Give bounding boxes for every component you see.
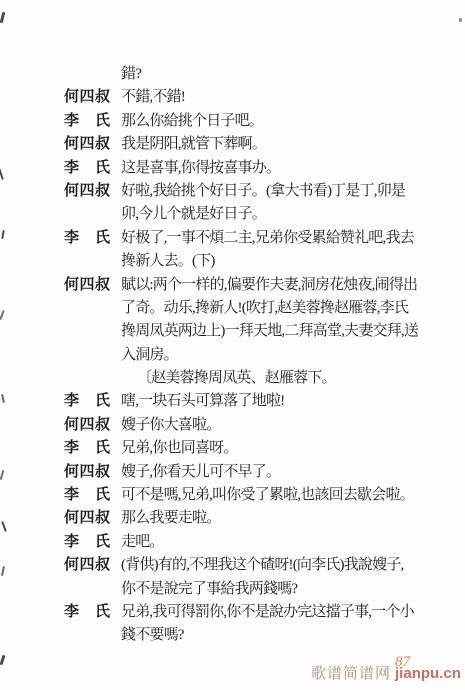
dialogue-text: 这是喜事,你得按喜事办。 [121,156,280,177]
stage-direction-line: 〔赵美蓉搀周凤英、赵雁蓉下。 [0,366,465,389]
speaker-name: 何四叔 [64,273,111,294]
speaker-name: 何四叔 [64,132,111,153]
dialogue-text: 不錯,不錯! [121,85,185,106]
scan-artifact-mark [0,655,5,665]
dialogue-line: 何四叔不錯,不錯! [0,85,465,108]
dialogue-text: 了奇。动乐,搀新人!(吹打,赵美蓉搀赵雁蓉,李氏 [121,296,408,317]
dialogue-line: 李 氏可不是嗎,兄弟,叫你受了累啦,也該回去歇会啦。 [0,483,465,506]
dialogue-line: 李 氏走吧。 [0,530,465,553]
speaker-name: 李 氏 [64,389,111,410]
dialogue-line: 李 氏这是喜事,你得按喜事办。 [0,156,465,179]
speaker-name: 何四叔 [64,506,111,527]
speaker-name: 李 氏 [64,226,111,247]
dialogue-line: 搀新人去。(下) [0,249,465,272]
dialogue-line: 了奇。动乐,搀新人!(吹打,赵美蓉搀赵雁蓉,李氏 [0,296,465,319]
stage-direction-text: 〔赵美蓉搀周凤英、赵雁蓉下。 [137,366,336,387]
dialogue-text: 入洞房。 [121,343,178,364]
script-lines: 錯?何四叔不錯,不錯!李 氏那么你給挑个日子吧。何四叔我是阴阳,就管下葬啊。李 … [0,62,465,647]
speaker-name: 何四叔 [64,413,111,434]
dialogue-line: 錢不要嗎? [0,623,465,646]
dialogue-line: 何四叔嫂子你大喜啦。 [0,413,465,436]
scan-artifact-mark [0,12,5,23]
dialogue-line: 何四叔賦以:两个一样的,偏要作夫妻,洞房花烛夜,闹得出 [0,273,465,296]
dialogue-text: 那么我要走啦。 [121,506,220,527]
dialogue-text: 卯,今儿个就是好日子。 [121,202,266,223]
speaker-name: 李 氏 [64,530,111,551]
speaker-name: 何四叔 [64,85,111,106]
dialogue-line: 何四叔嫂子,你看天儿可不早了。 [0,460,465,483]
dialogue-line: 李 氏兄弟,我可得罰你,你不是說办完这擋子事,一个小 [0,600,465,623]
dialogue-text: 錢不要嗎? [121,623,184,644]
dialogue-text: 兄弟,我可得罰你,你不是說办完这擋子事,一个小 [121,600,414,621]
dialogue-text: 錯? [121,62,141,83]
speaker-name: 李 氏 [64,436,111,457]
dialogue-text: 走吧。 [121,530,164,551]
scan-artifact-mark [459,18,462,22]
dialogue-text: 嗐,一块石头可算落了地啦! [121,389,284,410]
dialogue-line: 李 氏好极了,一事不煩二主,兄弟你受累給赞礼吧,我去 [0,226,465,249]
dialogue-text: 兄弟,你也同喜呀。 [121,436,238,457]
watermark: 歌谱简谱网jianpu.cn 87 [311,662,461,682]
dialogue-text: 賦以:两个一样的,偏要作夫妻,洞房花烛夜,闹得出 [121,273,417,294]
page-number: 87 [395,654,410,671]
dialogue-text: 好极了,一事不煩二主,兄弟你受累給赞礼吧,我去 [121,226,414,247]
speaker-name: 李 氏 [64,600,111,621]
dialogue-line: 何四叔好啦,我給挑个好日子。(拿大书看)丁是丁,卯是 [0,179,465,202]
dialogue-line: 你不是說完了事給我两錢嗎? [0,577,465,600]
dialogue-text: 我是阴阳,就管下葬啊。 [121,132,266,153]
dialogue-line: 錯? [0,62,465,85]
dialogue-line: 李 氏嗐,一块石头可算落了地啦! [0,389,465,412]
dialogue-text: 你不是說完了事給我两錢嗎? [121,577,297,598]
dialogue-text: 搀新人去。(下) [121,249,215,270]
dialogue-line: 入洞房。 [0,343,465,366]
dialogue-text: (背供)有的,不理我这个碴呀!(向李氏)我說嫂子, [121,553,403,574]
dialogue-line: 何四叔那么我要走啦。 [0,506,465,529]
dialogue-line: 何四叔(背供)有的,不理我这个碴呀!(向李氏)我說嫂子, [0,553,465,576]
dialogue-text: 好啦,我給挑个好日子。(拿大书看)丁是丁,卯是 [121,179,405,200]
dialogue-text: 可不是嗎,兄弟,叫你受了累啦,也該回去歇会啦。 [121,483,414,504]
speaker-name: 何四叔 [64,460,111,481]
speaker-name: 李 氏 [64,156,111,177]
dialogue-text: 搀周凤英两边上)一拜天地,二拜高堂,夫妻交拜,送 [121,319,418,340]
dialogue-line: 搀周凤英两边上)一拜天地,二拜高堂,夫妻交拜,送 [0,319,465,342]
watermark-site-name: 歌谱简谱网 [311,666,391,682]
dialogue-line: 李 氏那么你給挑个日子吧。 [0,109,465,132]
dialogue-line: 卯,今儿个就是好日子。 [0,202,465,225]
dialogue-line: 何四叔我是阴阳,就管下葬啊。 [0,132,465,155]
speaker-name: 何四叔 [64,553,111,574]
dialogue-text: 嫂子你大喜啦。 [121,413,220,434]
speaker-name: 何四叔 [64,179,111,200]
dialogue-text: 那么你給挑个日子吧。 [121,109,263,130]
scanned-script-page: 錯?何四叔不錯,不錯!李 氏那么你給挑个日子吧。何四叔我是阴阳,就管下葬啊。李 … [0,0,465,690]
speaker-name: 李 氏 [64,483,111,504]
speaker-name: 李 氏 [64,109,111,130]
dialogue-line: 李 氏兄弟,你也同喜呀。 [0,436,465,459]
dialogue-text: 嫂子,你看天儿可不早了。 [121,460,280,481]
